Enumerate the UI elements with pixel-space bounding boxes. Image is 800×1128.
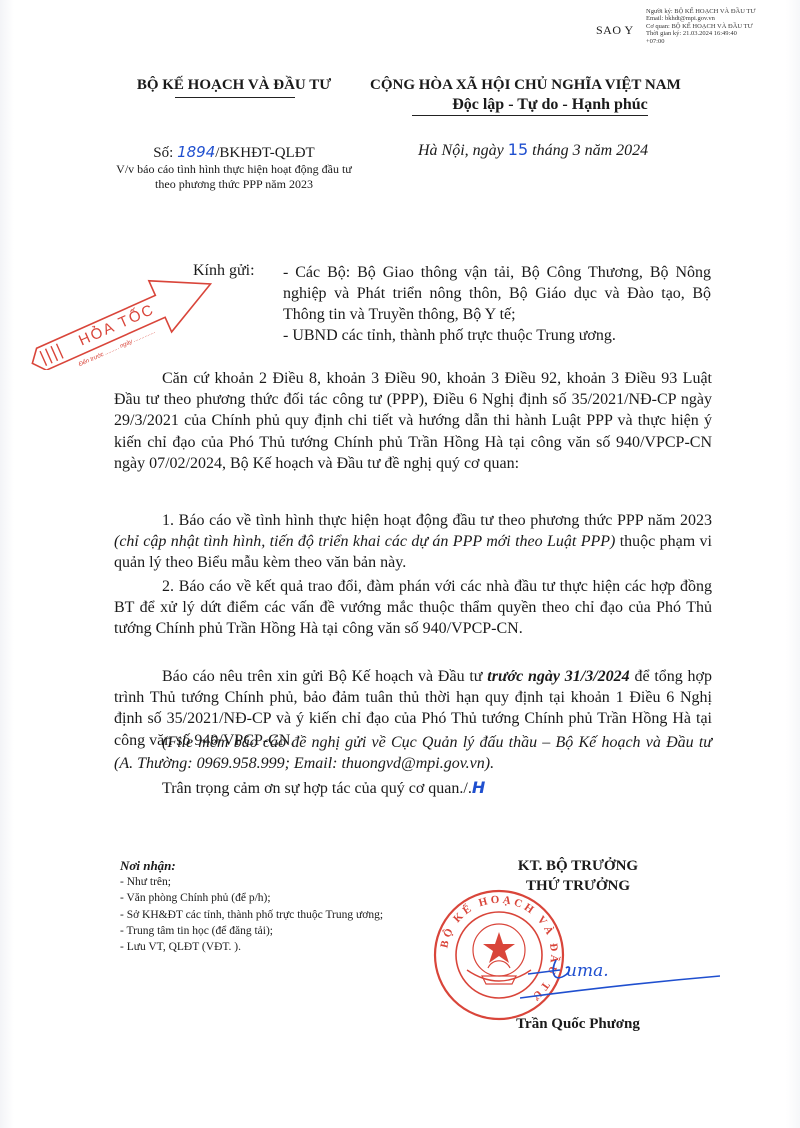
motto-underline: [412, 115, 648, 116]
handwritten-number: 1894: [177, 143, 215, 161]
svg-text:uma.: uma.: [566, 961, 609, 981]
paragraph-request-1: 1. Báo cáo về tình hình thực hiện hoạt đ…: [114, 510, 712, 574]
recipient-item: - UBND các tỉnh, thành phố trực thuộc Tr…: [283, 325, 711, 346]
paragraph-request-2: 2. Báo cáo về kết quả trao đổi, đàm phán…: [114, 576, 712, 640]
distribution-item: - Trung tâm tin học (để đăng tải);: [120, 923, 420, 939]
paragraph-legal-basis: Căn cứ khoản 2 Điều 8, khoản 3 Điều 90, …: [114, 368, 712, 474]
handwritten-signature: uma.: [520, 942, 720, 1002]
distribution-item: - Sở KH&ĐT các tỉnh, thành phố trực thuộ…: [120, 907, 420, 923]
copy-label: SAO Y: [596, 23, 634, 38]
paragraph-contact: (File mềm báo cáo đề nghị gửi về Cục Quả…: [114, 732, 712, 774]
recipients-list: - Các Bộ: Bộ Giao thông vận tải, Bộ Công…: [283, 262, 711, 346]
document-subject: V/v báo cáo tình hình thực hiện hoạt độn…: [114, 162, 354, 192]
signatory-name: Trần Quốc Phương: [478, 1016, 678, 1033]
initial-mark: H: [472, 778, 485, 797]
national-motto: Độc lập - Tự do - Hạnh phúc: [415, 96, 685, 114]
deadline-text: trước ngày 31/3/2024: [487, 668, 629, 685]
national-title: CỘNG HÒA XÃ HỘI CHỦ NGHĨA VIỆT NAM: [370, 77, 740, 94]
document-number: Số: 1894/BKHĐT-QLĐT: [114, 143, 354, 162]
signature-details: Người ký: BỘ KẾ HOẠCH VÀ ĐẦU TƯ Email: b…: [646, 8, 755, 45]
recipient-item: - Các Bộ: Bộ Giao thông vận tải, Bộ Công…: [283, 262, 711, 325]
distribution-item: - Văn phòng Chính phủ (để p/h);: [120, 890, 420, 906]
recipients-label: Kính gửi:: [193, 262, 255, 280]
distribution-item: - Như trên;: [120, 874, 420, 890]
org-underline: [175, 97, 295, 98]
handwritten-day: 15: [508, 140, 528, 159]
document-date: Hà Nội, ngày 15 tháng 3 năm 2024: [418, 140, 738, 160]
digital-signature-block: SAO Y Người ký: BỘ KẾ HOẠCH VÀ ĐẦU TƯ Em…: [586, 6, 800, 56]
paragraph-closing: Trân trọng cảm ơn sự hợp tác của quý cơ …: [114, 777, 712, 799]
distribution-title: Nơi nhận:: [120, 858, 420, 874]
distribution-item: - Lưu VT, QLĐT (VĐT. ).: [120, 939, 420, 955]
issuing-organization: BỘ KẾ HOẠCH VÀ ĐẦU TƯ: [114, 77, 354, 94]
distribution-list: Nơi nhận: - Như trên; - Văn phòng Chính …: [120, 858, 420, 955]
